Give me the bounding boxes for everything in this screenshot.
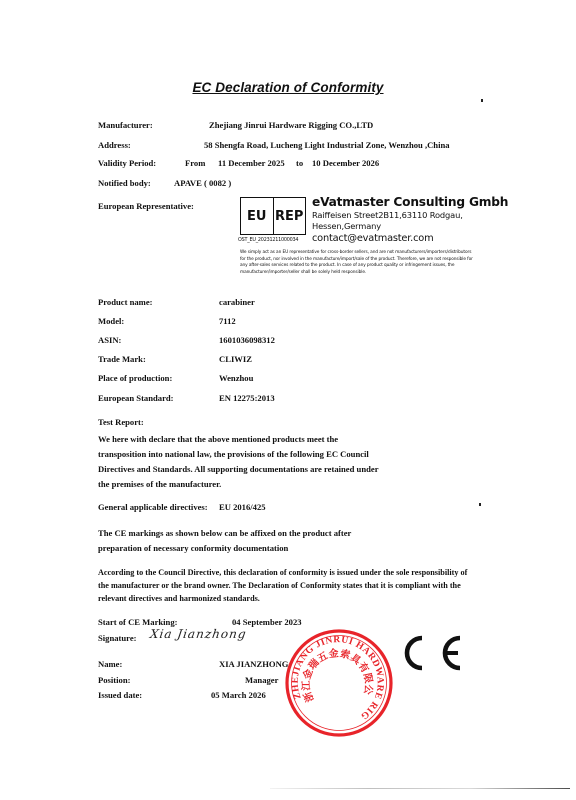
scan-speck xyxy=(481,99,483,102)
ce-text-line: preparation of necessary conformity docu… xyxy=(98,541,351,556)
declaration-line: transposition into national law, the pro… xyxy=(98,447,379,462)
rep-badge-text: REP xyxy=(273,198,306,234)
handwritten-signature: Xia Jianzhong xyxy=(149,627,248,641)
issued-date-value: 05 March 2026 xyxy=(211,690,266,700)
eu-rep-address-line1: Raiffeisen Street2B11,63110 Rodgau, xyxy=(312,210,463,221)
scan-speck xyxy=(479,503,481,506)
declaration-line: We here with declare that the above ment… xyxy=(98,432,379,447)
address-value: 58 Shengfa Road, Lucheng Light Industria… xyxy=(204,140,450,150)
test-report-label: Test Report: xyxy=(98,417,144,427)
ce-text: The CE markings as shown below can be af… xyxy=(98,526,351,556)
ce-mark-icon xyxy=(395,633,465,673)
eu-rep-code: OST_EU_20231211000034 xyxy=(238,237,298,243)
product-field-label: Trade Mark: xyxy=(98,354,146,364)
validity-to-label: to xyxy=(296,158,303,168)
council-text: According to the Council Directive, this… xyxy=(98,566,467,605)
eu-rep-disclaimer: We simply act as an EU representative fo… xyxy=(240,250,475,276)
product-field-value: CLIWIZ xyxy=(219,354,252,364)
address-label: Address: xyxy=(98,140,131,150)
council-text-line: According to the Council Directive, this… xyxy=(98,566,467,579)
start-ce-label: Start of CE Marking: xyxy=(98,617,177,627)
position-value: Manager xyxy=(245,675,278,685)
start-ce-value: 04 September 2023 xyxy=(232,617,302,627)
directives-label: General applicable directives: xyxy=(98,502,208,512)
validity-from-date: 11 December 2025 xyxy=(218,158,285,168)
declaration-line: Directives and Standards. All supporting… xyxy=(98,462,379,477)
declaration-line: the premises of the manufacturer. xyxy=(98,477,379,492)
declaration-text: We here with declare that the above ment… xyxy=(98,432,379,492)
issued-date-label: Issued date: xyxy=(98,690,142,700)
eu-rep-email: contact@evatmaster.com xyxy=(312,233,433,244)
eu-rep-address: Raiffeisen Street2B11,63110 Rodgau, Hess… xyxy=(312,210,463,232)
product-field-value: 1601036098312 xyxy=(219,335,275,345)
council-text-line: relevant directives and harmonized stand… xyxy=(98,592,467,605)
european-rep-label: European Representative: xyxy=(98,201,194,211)
product-field-value: carabiner xyxy=(219,297,255,307)
notified-body-label: Notified body: xyxy=(98,178,151,188)
document-title: EC Declaration of Conformity xyxy=(0,80,576,95)
product-field-label: ASIN: xyxy=(98,335,121,345)
eu-rep-badge: EU REP xyxy=(240,197,306,235)
validity-from-label: From xyxy=(185,158,205,168)
manufacturer-label: Manufacturer: xyxy=(98,120,153,130)
validity-label: Validity Period: xyxy=(98,158,156,168)
product-field-label: Place of production: xyxy=(98,373,172,383)
eu-badge-text: EU xyxy=(241,198,273,234)
company-seal-stamp: ZHEJIANG JINRUI HARDWARE RIGGING CO.,LTD… xyxy=(284,628,394,738)
scan-edge-line xyxy=(270,788,570,789)
product-field-value: 7112 xyxy=(219,316,236,326)
ce-text-line: The CE markings as shown below can be af… xyxy=(98,526,351,541)
product-field-value: Wenzhou xyxy=(219,373,253,383)
signature-label: Signature: xyxy=(98,633,137,643)
product-field-label: Model: xyxy=(98,316,124,326)
position-label: Position: xyxy=(98,675,130,685)
directives-value: EU 2016/425 xyxy=(219,502,266,512)
eu-rep-address-line2: Hessen,Germany xyxy=(312,221,463,232)
product-field-label: Product name: xyxy=(98,297,153,307)
notified-body-value: APAVE ( 0082 ) xyxy=(174,178,231,188)
product-field-label: European Standard: xyxy=(98,393,174,403)
eu-rep-company: eVatmaster Consulting Gmbh xyxy=(312,195,508,209)
council-text-line: the manufacturer or the brand owner. The… xyxy=(98,579,467,592)
name-value: XIA JIANZHONG xyxy=(219,659,288,669)
validity-to-date: 10 December 2026 xyxy=(312,158,379,168)
manufacturer-value: Zhejiang Jinrui Hardware Rigging CO.,LTD xyxy=(209,120,373,130)
product-field-value: EN 12275:2013 xyxy=(219,393,275,403)
name-label: Name: xyxy=(98,659,122,669)
